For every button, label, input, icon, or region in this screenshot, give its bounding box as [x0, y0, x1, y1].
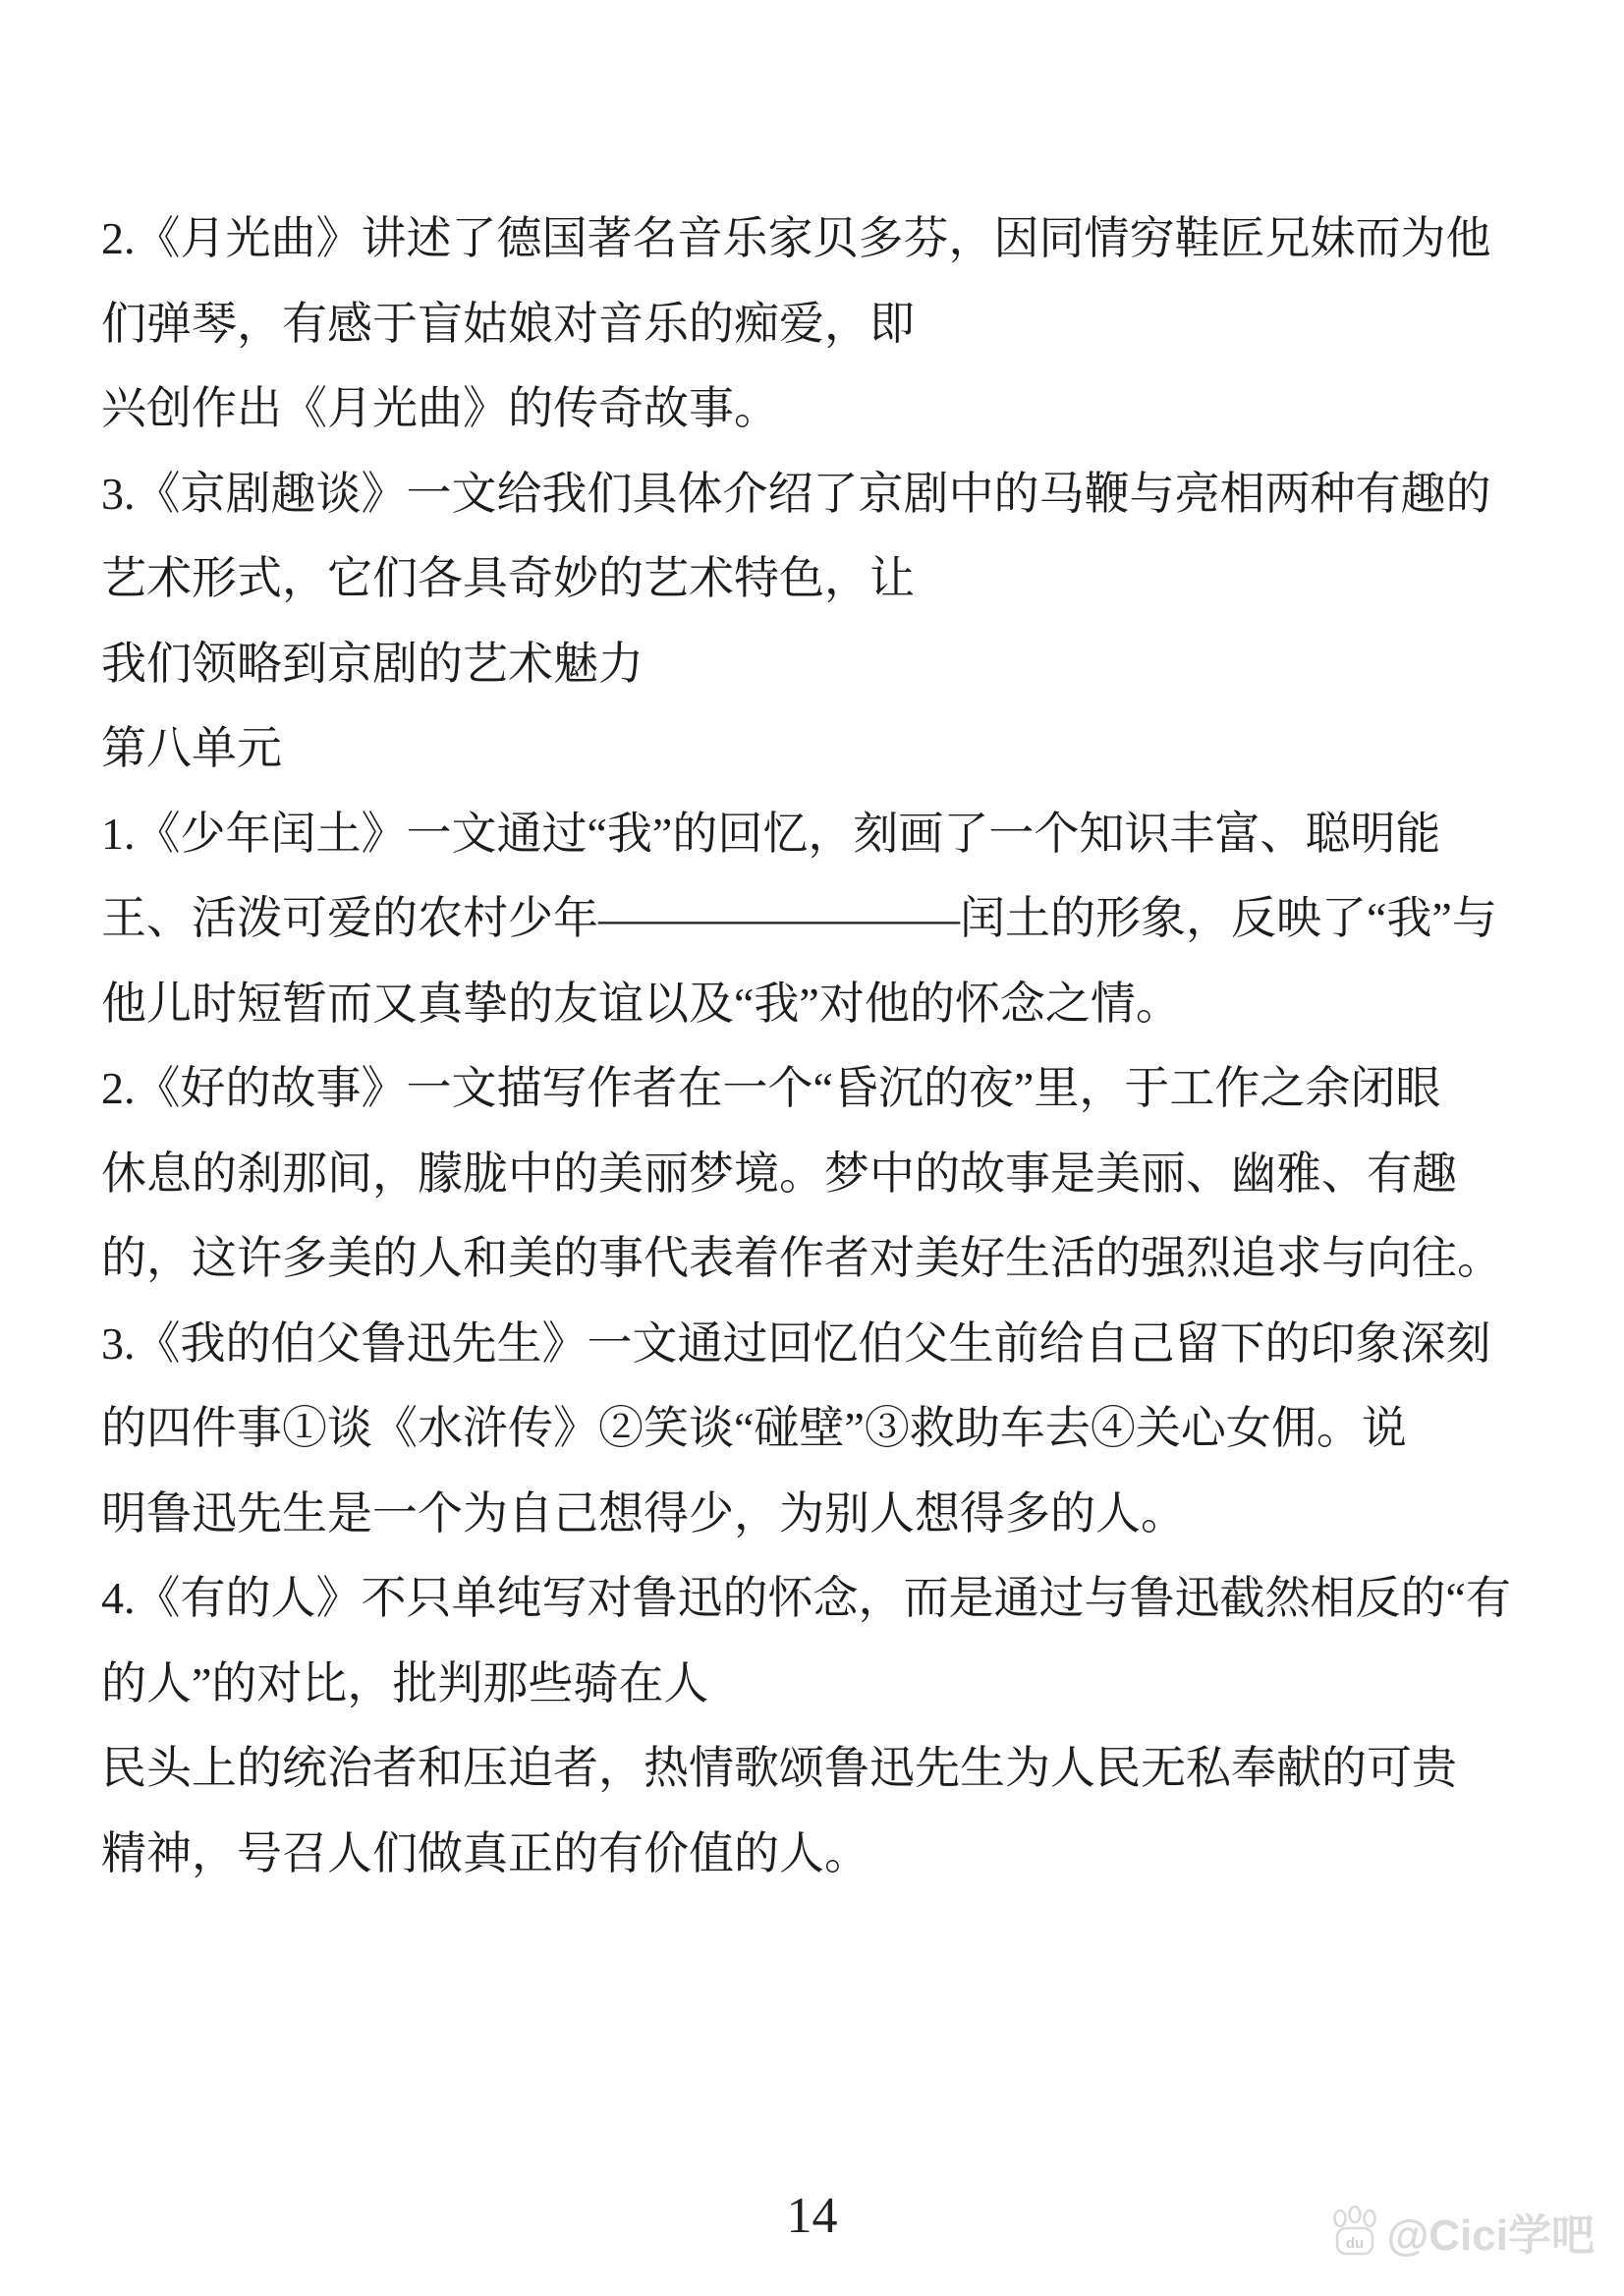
baidu-paw-icon: du: [1329, 2206, 1380, 2257]
text-line: 他儿时短暂而又真挚的友谊以及“我”对他的怀念之情。: [101, 962, 1595, 1047]
document-body: 2.《月光曲》讲述了德国著名音乐家贝多芬，因同情穷鞋匠兄妹而为他 们弹琴，有感于…: [101, 196, 1595, 1896]
text-line: 休息的刹那间，朦胧中的美丽梦境。梦中的故事是美丽、幽雅、有趣: [101, 1132, 1595, 1217]
text-line: 的人”的对比，批判那些骑在人: [101, 1642, 1595, 1727]
watermark: du @Cici学吧: [1329, 2200, 1595, 2263]
text-line: 们弹琴，有感于盲姑娘对音乐的痴爱，即: [101, 282, 1595, 367]
text-line: 王、活泼可爱的农村少年————————闰土的形象，反映了“我”与: [101, 876, 1595, 962]
text-line: 明鲁迅先生是一个为自己想得少，为别人想得多的人。: [101, 1472, 1595, 1557]
text-line: 艺术形式，它们各具奇妙的艺术特色，让: [101, 536, 1595, 622]
text-line: 3.《京剧趣谈》一文给我们具体介绍了京剧中的马鞭与亮相两种有趣的: [101, 452, 1595, 537]
text-line: 2.《好的故事》一文描写作者在一个“昏沉的夜”里，于工作之余闭眼: [101, 1046, 1595, 1132]
text-line: 的四件事①谈《水浒传》②笑谈“碰壁”③救助车去④关心女佣。说: [101, 1386, 1595, 1472]
document-page: 2.《月光曲》讲述了德国著名音乐家贝多芬，因同情穷鞋匠兄妹而为他 们弹琴，有感于…: [0, 0, 1624, 2296]
watermark-text: @Cici学吧: [1386, 2200, 1595, 2263]
paw-icon-label: du: [1346, 2235, 1364, 2252]
text-line: 兴创作出《月光曲》的传奇故事。: [101, 366, 1595, 452]
text-line: 2.《月光曲》讲述了德国著名音乐家贝多芬，因同情穷鞋匠兄妹而为他: [101, 196, 1595, 282]
text-line: 民头上的统治者和压迫者，热情歌颂鲁迅先生为人民无私奉献的可贵: [101, 1726, 1595, 1812]
section-heading: 第八单元: [101, 706, 1595, 792]
text-line: 1.《少年闰土》一文通过“我”的回忆，刻画了一个知识丰富、聪明能: [101, 792, 1595, 877]
text-line: 的，这许多美的人和美的事代表着作者对美好生活的强烈追求与向往。: [101, 1216, 1595, 1302]
text-line: 4.《有的人》不只单纯写对鲁迅的怀念，而是通过与鲁迅截然相反的“有: [101, 1556, 1595, 1642]
text-line: 我们领略到京剧的艺术魅力: [101, 622, 1595, 707]
text-line: 精神，号召人们做真正的有价值的人。: [101, 1812, 1595, 1897]
text-line: 3.《我的伯父鲁迅先生》一文通过回忆伯父生前给自己留下的印象深刻: [101, 1302, 1595, 1387]
